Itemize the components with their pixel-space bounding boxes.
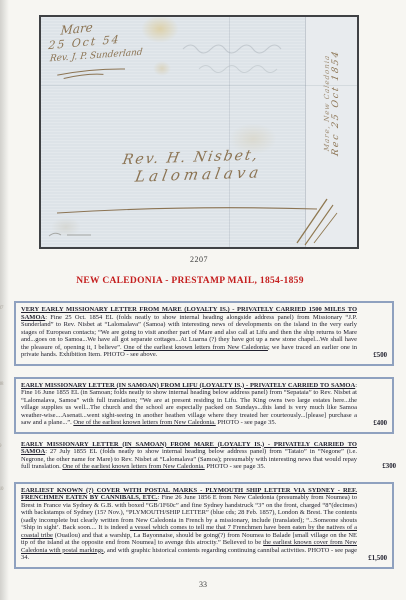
ghost-writing [179, 31, 319, 83]
lot-entry: 2210 EARLIEST KNOWN (?) COVER WITH POSTA… [14, 482, 394, 569]
lot-description: VERY EARLY MISSIONARY LETTER FROM MARE (… [21, 306, 357, 359]
pencil-mark [47, 229, 95, 241]
side-note-date: Rec 25 Oct 1854 [331, 27, 342, 179]
lot-number: 2209 [0, 443, 5, 451]
lot-price: £400 [373, 420, 387, 428]
paper-stain [153, 61, 171, 76]
docket-note: Mare 25 Oct 54 Rev. J. P. Sunderland [46, 15, 146, 88]
address-underline-flourish [55, 203, 325, 217]
pen-underline-flourish [51, 65, 132, 83]
lot-price: £300 [382, 463, 396, 471]
photo-caption: 2207 [39, 255, 359, 264]
pen-flourish-strokes [287, 193, 345, 247]
lot-number: 2208 [0, 381, 7, 389]
lot-entry: 2207 VERY EARLY MISSIONARY LETTER FROM M… [14, 301, 394, 366]
catalog-page: Mare 25 Oct 54 Rev. J. P. Sunderland Rev… [0, 0, 406, 600]
section-heading: NEW CALEDONIA - PRESTAMP MAIL, 1854-1859 [14, 276, 366, 286]
lot-entry: 2209 EARLY MISSIONARY LETTER (IN SAMOAN)… [14, 441, 394, 471]
paper-stain [141, 15, 179, 43]
page-number: 33 [0, 580, 406, 589]
lot-price: £1,500 [368, 555, 387, 563]
lot-number: 2207 [0, 305, 7, 313]
lot-description: EARLIEST KNOWN (?) COVER WITH POSTAL MAR… [21, 487, 357, 562]
cover-photo: Mare 25 Oct 54 Rev. J. P. Sunderland Rev… [39, 15, 359, 249]
lot-number: 2210 [0, 486, 7, 494]
cover-fold-horizontal [41, 85, 357, 86]
lot-description: EARLY MISSIONARY LETTER (IN SAMOAN) FROM… [21, 382, 357, 427]
lot-entry: 2208 EARLY MISSIONARY LETTER (IN SAMOAN)… [14, 377, 394, 434]
lot-description: EARLY MISSIONARY LETTER (IN SAMOAN) FROM… [21, 441, 357, 471]
side-docket-note: Mare, New Caledonia Rec 25 Oct 1854 [323, 28, 351, 178]
lots-list: 2207 VERY EARLY MISSIONARY LETTER FROM M… [14, 301, 394, 580]
scan-edge-shadow [0, 0, 9, 600]
lot-price: £500 [373, 352, 387, 360]
